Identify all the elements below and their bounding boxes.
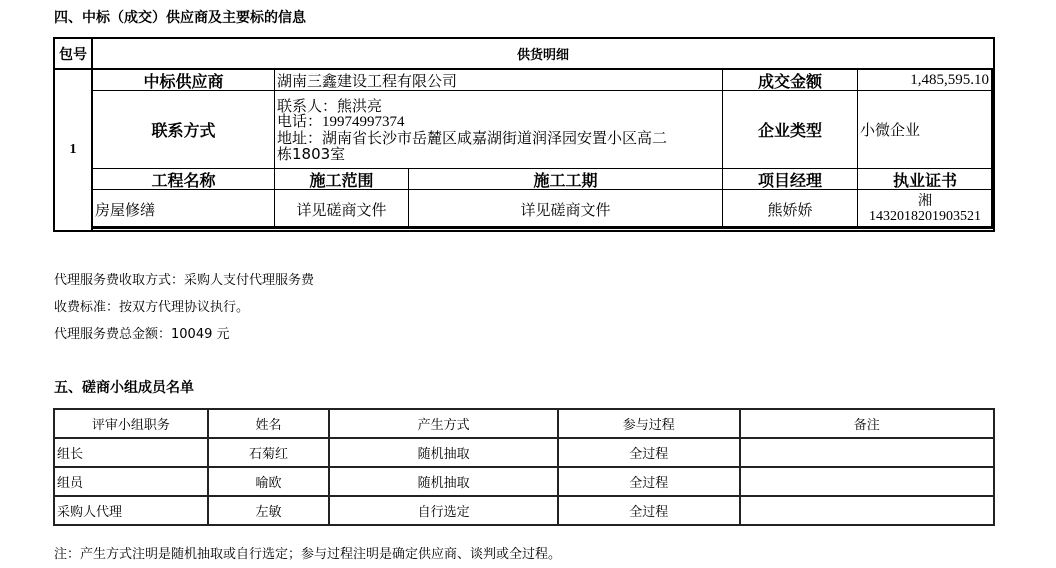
- cell-remarks: [740, 438, 994, 467]
- cell-role: 组长: [54, 438, 208, 467]
- cell-process: 全过程: [558, 467, 740, 496]
- cell-role: 组员: [54, 467, 208, 496]
- winning-supplier-table: 包号 1 供货明细 中标供应商 湖南三鑫建设工程有限公司 成交金额 1,485,…: [53, 37, 995, 232]
- cell-process: 全过程: [558, 438, 740, 467]
- contact-label: 联系方式: [93, 91, 275, 169]
- project-name-value: 房屋修缮: [93, 190, 275, 229]
- certificate-header: 执业证书: [858, 169, 993, 190]
- table-row: 组长 石菊红 随机抽取 全过程: [54, 438, 994, 467]
- cell-remarks: [740, 496, 994, 525]
- cell-method: 自行选定: [329, 496, 558, 525]
- footnote: 注：产生方式注明是随机抽取或自行选定；参与过程注明是确定供应商、谈判或全过程。: [54, 543, 561, 562]
- contact-person: 联系人：熊洪亮: [277, 98, 382, 114]
- table-row: 采购人代理 左敏 自行选定 全过程: [54, 496, 994, 525]
- contact-phone: 电话：19974997374: [277, 114, 405, 130]
- period-value: 详见磋商文件: [409, 190, 723, 229]
- scope-value: 详见磋商文件: [275, 190, 409, 229]
- enterprise-type-value: 小微企业: [858, 91, 993, 169]
- manager-header: 项目经理: [723, 169, 858, 190]
- manager-value: 熊娇娇: [723, 190, 858, 229]
- package-header: 包号: [55, 39, 91, 70]
- contact-value: 联系人：熊洪亮 电话：19974997374 地址：湖南省长沙市岳麓区咸嘉湖街道…: [275, 91, 723, 169]
- header-method: 产生方式: [329, 409, 558, 438]
- supply-detail-header: 供货明细: [93, 39, 993, 70]
- package-number: 1: [55, 70, 91, 230]
- fee-standard: 收费标准：按双方代理协议执行。: [54, 296, 249, 315]
- enterprise-type-label: 企业类型: [723, 91, 858, 169]
- fee-total: 代理服务费总金额：10049 元: [54, 323, 230, 342]
- header-name: 姓名: [208, 409, 330, 438]
- supplier-value: 湖南三鑫建设工程有限公司: [275, 70, 723, 91]
- table-row: 组员 喻欧 随机抽取 全过程: [54, 467, 994, 496]
- section-5-title: 五、磋商小组成员名单: [54, 377, 194, 397]
- period-header: 施工工期: [409, 169, 723, 190]
- cell-method: 随机抽取: [329, 438, 558, 467]
- amount-value: 1,485,595.10: [858, 70, 993, 91]
- cell-remarks: [740, 467, 994, 496]
- cell-method: 随机抽取: [329, 467, 558, 496]
- contact-address-line-1: 地址：湖南省长沙市岳麓区咸嘉湖街道润泽园安置小区高二: [277, 130, 667, 146]
- contact-address-line-2: 栋1803室: [277, 146, 345, 162]
- fee-method: 代理服务费收取方式：采购人支付代理服务费: [54, 269, 314, 288]
- cell-process: 全过程: [558, 496, 740, 525]
- certificate-prefix: 湘: [918, 193, 932, 209]
- cell-role: 采购人代理: [54, 496, 208, 525]
- supply-detail-table: 中标供应商 湖南三鑫建设工程有限公司 成交金额 1,485,595.10 联系方…: [93, 70, 993, 228]
- header-remarks: 备注: [740, 409, 994, 438]
- table-header-row: 评审小组职务 姓名 产生方式 参与过程 备注: [54, 409, 994, 438]
- section-4-title: 四、中标（成交）供应商及主要标的信息: [54, 7, 306, 27]
- certificate-number: 14320182019035​21: [869, 209, 981, 225]
- supplier-label: 中标供应商: [93, 70, 275, 91]
- scope-header: 施工范围: [275, 169, 409, 190]
- cell-name: 喻欧: [208, 467, 330, 496]
- header-process: 参与过程: [558, 409, 740, 438]
- panel-members-table: 评审小组职务 姓名 产生方式 参与过程 备注 组长 石菊红 随机抽取 全过程 组…: [53, 408, 995, 526]
- project-name-header: 工程名称: [93, 169, 275, 190]
- amount-label: 成交金额: [723, 70, 858, 91]
- certificate-value: 湘 14320182019035​21: [858, 190, 993, 229]
- cell-name: 石菊红: [208, 438, 330, 467]
- header-role: 评审小组职务: [54, 409, 208, 438]
- cell-name: 左敏: [208, 496, 330, 525]
